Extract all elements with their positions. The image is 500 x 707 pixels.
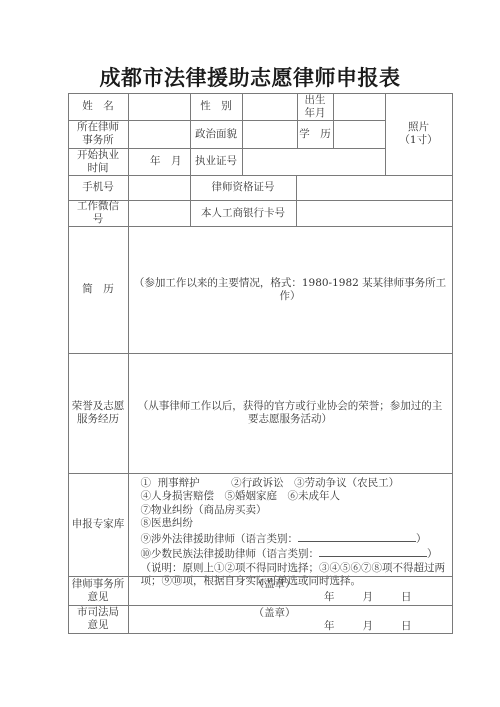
foreign-language-input[interactable] <box>298 531 416 542</box>
license-number-field[interactable] <box>242 148 386 176</box>
expert-pool-label: 申报专家库 <box>68 473 129 577</box>
birth-field[interactable] <box>333 93 386 121</box>
firm-field[interactable] <box>128 120 191 149</box>
expert-option-foreign: ⑨涉外法律援助律师（语言类别：） <box>141 531 446 547</box>
firm-opinion-field[interactable]: （盖章） 年月日 <box>128 576 453 606</box>
firm-date: 年月日 <box>129 591 452 605</box>
qualification-number-label: 律师资格证号 <box>190 175 297 201</box>
month-label: 月 <box>363 620 374 634</box>
phone-label: 手机号 <box>68 175 129 201</box>
close-paren: ） <box>427 548 438 560</box>
expert-note-line-1: （说明：原则上①②项不得同时选择；③④⑤⑥⑦⑧项不得超过两 <box>141 562 446 576</box>
minority-language-input[interactable] <box>319 546 427 557</box>
photo-label: 照片 <box>408 121 429 134</box>
expert-option-line-2[interactable]: ④人身损害赔偿 ⑤婚姻家庭 ⑥未成年人 <box>141 490 446 504</box>
resume-label: 简 历 <box>68 226 129 354</box>
day-label: 日 <box>401 620 412 634</box>
bureau-opinion-field[interactable]: （盖章） 年月日 <box>128 605 453 634</box>
expert-option-property[interactable]: ⑦物业纠纷（商品房买卖） <box>141 504 446 518</box>
bureau-opinion-label: 市司法局 意见 <box>68 605 129 634</box>
bureau-stamp: （盖章） <box>129 607 452 621</box>
bank-card-field[interactable] <box>296 200 453 227</box>
photo-box[interactable]: 照片 （1寸） <box>385 93 453 176</box>
phone-field[interactable] <box>128 175 191 201</box>
practice-start-field[interactable]: 年 月 <box>128 148 191 176</box>
bureau-date: 年月日 <box>129 620 452 634</box>
month-label: 月 <box>363 591 374 605</box>
license-number-label: 执业证号 <box>190 148 243 176</box>
form-title: 成都市法律援助志愿律师申报表 <box>0 62 500 92</box>
gender-label: 性 别 <box>190 93 243 121</box>
firm-opinion-label: 律师事务所 意见 <box>68 576 129 606</box>
expert-option-medical[interactable]: ⑧医患纠纷 <box>141 517 446 531</box>
year-label: 年 <box>324 620 335 634</box>
foreign-language-label[interactable]: ⑨涉外法律援助律师（语言类别： <box>141 533 299 545</box>
honors-hint: （从事律师工作以后，获得的官方或行业协会的荣誉；参加过的主要志愿服务活动） <box>137 400 444 426</box>
practice-start-label: 开始执业 时间 <box>68 148 129 176</box>
birth-label: 出生 年月 <box>297 93 334 121</box>
minority-language-label[interactable]: ⑩少数民族法律援助律师（语言类别： <box>141 548 320 560</box>
honors-field[interactable]: （从事律师工作以后，获得的官方或行业协会的荣誉；参加过的主要志愿服务活动） <box>128 353 453 474</box>
photo-size: （1寸） <box>399 134 437 147</box>
day-label: 日 <box>401 591 412 605</box>
resume-field[interactable]: （参加工作以来的主要情况，格式：1980-1982 某某律师事务所工作） <box>128 226 453 354</box>
firm-label: 所在律师 事务所 <box>68 120 129 149</box>
bank-card-label: 本人工商银行卡号 <box>190 200 297 227</box>
expert-option-line-1[interactable]: ① 刑事辩护 ②行政诉讼 ③劳动争议（农民工） <box>141 477 446 491</box>
education-label: 学 历 <box>297 120 334 149</box>
name-field[interactable] <box>128 93 191 121</box>
political-status-field[interactable] <box>242 120 298 149</box>
honors-label: 荣誉及志愿 服务经历 <box>68 353 129 474</box>
wechat-label: 工作微信 号 <box>68 200 129 227</box>
gender-field[interactable] <box>242 93 298 121</box>
firm-stamp: （盖章） <box>129 578 452 592</box>
close-paren: ） <box>416 533 427 545</box>
qualification-number-field[interactable] <box>296 175 453 201</box>
political-status-label: 政治面貌 <box>190 120 243 149</box>
resume-hint: （参加工作以来的主要情况，格式：1980-1982 某某律师事务所工作） <box>129 277 452 303</box>
education-field[interactable] <box>333 120 386 149</box>
year-label: 年 <box>324 591 335 605</box>
expert-pool-options: ① 刑事辩护 ②行政诉讼 ③劳动争议（农民工） ④人身损害赔偿 ⑤婚姻家庭 ⑥未… <box>128 473 453 577</box>
wechat-field[interactable] <box>128 200 191 227</box>
name-label: 姓 名 <box>68 93 129 121</box>
expert-option-minority: ⑩少数民族法律援助律师（语言类别：） <box>141 546 446 562</box>
